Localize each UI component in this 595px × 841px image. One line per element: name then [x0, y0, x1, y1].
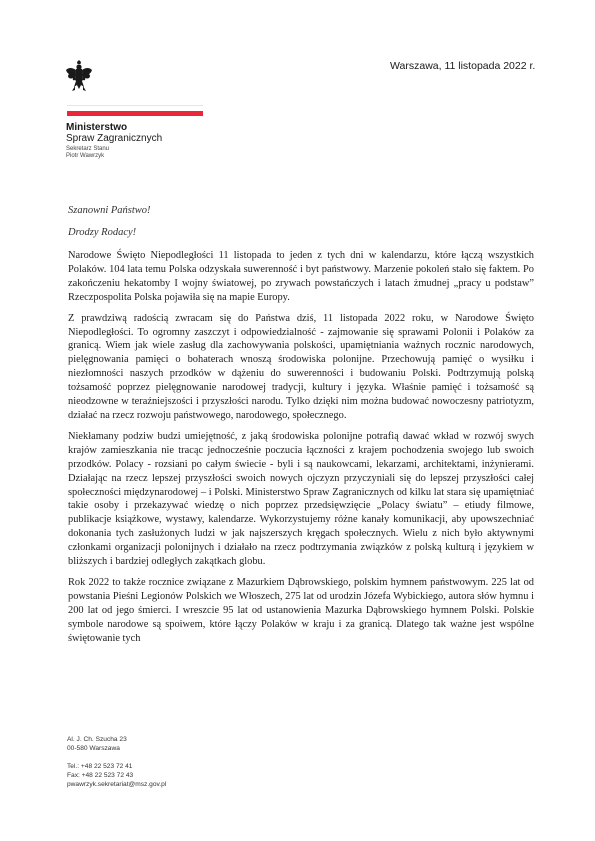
sender-name: Piotr Wawrzyk [66, 153, 162, 160]
ministry-name-line1: Ministerstwo [66, 122, 162, 133]
ministry-header: Ministerstwo Spraw Zagranicznych Sekreta… [66, 122, 162, 160]
address-line2: 00-580 Warszawa [67, 744, 166, 753]
paragraph: Z prawdziwą radością zwracam się do Pańs… [68, 312, 534, 423]
address-line1: Al. J. Ch. Szucha 23 [67, 735, 166, 744]
salutation-2: Drodzy Rodacy! [68, 227, 136, 238]
footer-contact: Al. J. Ch. Szucha 23 00-580 Warszawa Tel… [67, 735, 166, 789]
email-link[interactable]: pwawrzyk.sekretariat@msz.gov.pl [67, 780, 166, 789]
paragraph: Niekłamany podziw budzi umiejętność, z j… [68, 430, 534, 569]
polish-eagle-emblem-icon [65, 60, 93, 94]
letter-body: Narodowe Święto Niepodległości 11 listop… [68, 249, 534, 652]
flag-stripe-red [67, 111, 203, 116]
paragraph: Narodowe Święto Niepodległości 11 listop… [68, 249, 534, 305]
fax: Fax: +48 22 523 72 43 [67, 771, 166, 780]
salutation-1: Szanowni Państwo! [68, 205, 151, 216]
date-line: Warszawa, 11 listopada 2022 r. [390, 60, 535, 72]
sender-position: Sekretarz Stanu [66, 146, 162, 153]
ministry-name-line2: Spraw Zagranicznych [66, 133, 162, 144]
paragraph: Rok 2022 to także rocznice związane z Ma… [68, 576, 534, 646]
flag-stripe-white [67, 105, 203, 106]
phone: Tel.: +48 22 523 72 41 [67, 762, 166, 771]
